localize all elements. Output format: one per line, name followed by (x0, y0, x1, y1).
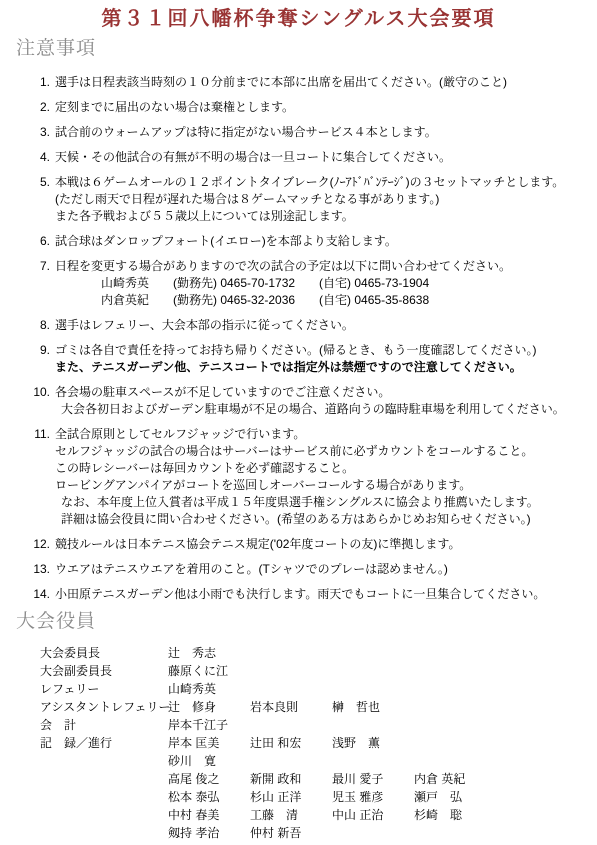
note-number: 11. (30, 426, 50, 528)
note-item: 4.天候・その他試合の有無が不明の場合は一旦コートに集合してください。 (30, 149, 597, 166)
note-body: ウエアはテニスウエアを着用のこと。(Tシャツでのプレーは認めません。) (55, 561, 597, 578)
official-role: レフェリー (40, 681, 168, 698)
note-number: 2. (30, 99, 50, 116)
note-item: 10.各会場の駐車スペースが不足していますのでご注意ください。大会各初日およびガ… (30, 384, 597, 418)
note-number: 7. (30, 258, 50, 309)
official-name: 岩本良則 (250, 699, 332, 716)
official-name: 仲村 新吾 (250, 825, 332, 842)
note-body: 競技ルールは日本テニス協会テニス規定('02年度コートの友)に準拠します。 (55, 536, 597, 553)
official-row: レフェリー山崎秀英 (40, 681, 597, 698)
note-item: 3.試合前のウォームアップは特に指定がない場合サービス４本とします。 (30, 124, 597, 141)
official-name: 岸本千江子 (168, 717, 250, 734)
note-line: 試合球はダンロップフォート(イエロー)を本部より支給します。 (55, 233, 597, 250)
official-name: 新開 政和 (250, 771, 332, 788)
note-item: 13.ウエアはテニスウエアを着用のこと。(Tシャツでのプレーは認めません。) (30, 561, 597, 578)
official-role (40, 771, 168, 788)
notes-section-heading: 注意事項 (16, 38, 597, 60)
note-item: 6.試合球はダンロップフォート(イエロー)を本部より支給します。 (30, 233, 597, 250)
official-name: 工藤 清 (250, 807, 332, 824)
official-row: 砂川 寛 (40, 753, 597, 770)
official-role: 会 計 (40, 717, 168, 734)
note-line: 全試合原則としてセルフジャッジで行います。 (55, 426, 597, 443)
official-name: 岸本 匡美 (168, 735, 250, 752)
note-line: なお、本年度上位入賞者は平成１５年度県選手権シングルスに協会より推薦いたします。 (61, 494, 597, 511)
note-body: 試合球はダンロップフォート(イエロー)を本部より支給します。 (55, 233, 597, 250)
note-item: 9.ゴミは各自で責任を持ってお持ち帰りください。(帰るとき、もう一度確認してくだ… (30, 342, 597, 376)
official-row: 会 計岸本千江子 (40, 717, 597, 734)
official-row: 大会委員長辻 秀志 (40, 645, 597, 662)
note-body: 小田原テニスガーデン他は小雨でも決行します。雨天でもコートに一旦集合してください… (55, 586, 597, 603)
official-role: 大会副委員長 (40, 663, 168, 680)
note-line: 本戦は６ゲームオールの１２ポイントタイブレーク(ﾉｰｱﾄﾞﾊﾞﾝﾃｰｼﾞ)の３セ… (55, 174, 597, 191)
official-role (40, 753, 168, 770)
note-number: 8. (30, 317, 50, 334)
note-number: 3. (30, 124, 50, 141)
note-number: 9. (30, 342, 50, 376)
official-name: 山崎秀英 (168, 681, 250, 698)
official-name: 児玉 雅彦 (332, 789, 414, 806)
official-name: 砂川 寛 (168, 753, 250, 770)
note-number: 10. (30, 384, 50, 418)
note-line: ゴミは各自で責任を持ってお持ち帰りください。(帰るとき、もう一度確認してください… (55, 342, 597, 359)
note-number: 6. (30, 233, 50, 250)
note-line: 山崎秀英 (勤務先) 0465-70-1732 (自宅) 0465-73-190… (101, 275, 597, 292)
note-line: 小田原テニスガーデン他は小雨でも決行します。雨天でもコートに一旦集合してください… (55, 586, 597, 603)
note-line: 選手はレフェリー、大会本部の指示に従ってください。 (55, 317, 597, 334)
note-line: 競技ルールは日本テニス協会テニス規定('02年度コートの友)に準拠します。 (55, 536, 597, 553)
official-name: 浅野 薫 (332, 735, 414, 752)
note-line: また各予戦および５５歳以上については別途記します。 (55, 208, 597, 225)
official-row: 松本 泰弘杉山 正洋児玉 雅彦瀬戸 弘 (40, 789, 597, 806)
note-body: 本戦は６ゲームオールの１２ポイントタイブレーク(ﾉｰｱﾄﾞﾊﾞﾝﾃｰｼﾞ)の３セ… (55, 174, 597, 225)
note-line: 大会各初日およびガーデン駐車場が不足の場合、道路向うの臨時駐車場を利用してくださ… (61, 401, 597, 418)
official-name: 中村 春美 (168, 807, 250, 824)
official-row: 大会副委員長藤原くに江 (40, 663, 597, 680)
note-line: 詳細は協会役員に問い合わせください。(希望のある方はあらかじめお知らせください。… (61, 511, 597, 528)
note-number: 12. (30, 536, 50, 553)
official-name: 藤原くに江 (168, 663, 250, 680)
official-name: 松本 泰弘 (168, 789, 250, 806)
official-row: 記 録／進行岸本 匡美辻田 和宏浅野 薫 (40, 735, 597, 752)
note-item: 11.全試合原則としてセルフジャッジで行います。セルフジャッジの試合の場合はサー… (30, 426, 597, 528)
note-body: ゴミは各自で責任を持ってお持ち帰りください。(帰るとき、もう一度確認してください… (55, 342, 597, 376)
note-body: 全試合原則としてセルフジャッジで行います。セルフジャッジの試合の場合はサーバーは… (55, 426, 597, 528)
note-item: 2.定刻までに届出のない場合は棄権とします。 (30, 99, 597, 116)
official-name: 最川 愛子 (332, 771, 414, 788)
note-body: 選手は日程表該当時刻の１０分前までに本部に出席を届出てください。(厳守のこと) (55, 74, 597, 91)
official-role: アシスタントレフェリー (40, 699, 168, 716)
page-title: 第３１回八幡杯争奪シングルス大会要項 (0, 6, 597, 32)
note-number: 5. (30, 174, 50, 225)
note-body: 天候・その他試合の有無が不明の場合は一旦コートに集合してください。 (55, 149, 597, 166)
official-name: 瀬戸 弘 (414, 789, 496, 806)
note-line: この時レシーバーは毎回カウントを必ず確認すること。 (55, 460, 597, 477)
note-number: 14. (30, 586, 50, 603)
note-line: 試合前のウォームアップは特に指定がない場合サービス４本とします。 (55, 124, 597, 141)
notes-list: 1.選手は日程表該当時刻の１０分前までに本部に出席を届出てください。(厳守のこと… (30, 74, 597, 603)
official-name: 辻 修身 (168, 699, 250, 716)
note-item: 12.競技ルールは日本テニス協会テニス規定('02年度コートの友)に準拠します。 (30, 536, 597, 553)
note-body: 試合前のウォームアップは特に指定がない場合サービス４本とします。 (55, 124, 597, 141)
official-role (40, 807, 168, 824)
note-item: 14.小田原テニスガーデン他は小雨でも決行します。雨天でもコートに一旦集合してく… (30, 586, 597, 603)
note-line: ウエアはテニスウエアを着用のこと。(Tシャツでのプレーは認めません。) (55, 561, 597, 578)
official-row: アシスタントレフェリー辻 修身岩本良則榊 哲也 (40, 699, 597, 716)
official-role: 大会委員長 (40, 645, 168, 662)
official-role (40, 789, 168, 806)
note-line: 日程を変更する場合がありますので次の試合の予定は以下に問い合わせてください。 (55, 258, 597, 275)
document-page: 第３１回八幡杯争奪シングルス大会要項 注意事項 1.選手は日程表該当時刻の１０分… (0, 0, 597, 845)
official-row: 剱持 孝治仲村 新吾 (40, 825, 597, 842)
officials-table: 大会委員長辻 秀志大会副委員長藤原くに江レフェリー山崎秀英アシスタントレフェリー… (40, 645, 597, 842)
official-row: 高尾 俊之新開 政和最川 愛子内倉 英紀 (40, 771, 597, 788)
official-name: 内倉 英紀 (414, 771, 496, 788)
official-role (40, 825, 168, 842)
official-name: 中山 正治 (332, 807, 414, 824)
note-number: 4. (30, 149, 50, 166)
official-name: 辻田 和宏 (250, 735, 332, 752)
note-line: 天候・その他試合の有無が不明の場合は一旦コートに集合してください。 (55, 149, 597, 166)
note-item: 1.選手は日程表該当時刻の１０分前までに本部に出席を届出てください。(厳守のこと… (30, 74, 597, 91)
official-name: 杉崎 聡 (414, 807, 496, 824)
note-number: 13. (30, 561, 50, 578)
note-line: ロービングアンパイアがコートを巡回しオーバーコールする場合があります。 (55, 477, 597, 494)
official-role: 記 録／進行 (40, 735, 168, 752)
note-line: 各会場の駐車スペースが不足していますのでご注意ください。 (55, 384, 597, 401)
official-name: 剱持 孝治 (168, 825, 250, 842)
note-line: 選手は日程表該当時刻の１０分前までに本部に出席を届出てください。(厳守のこと) (55, 74, 597, 91)
official-name: 高尾 俊之 (168, 771, 250, 788)
official-name: 榊 哲也 (332, 699, 414, 716)
note-line: 定刻までに届出のない場合は棄権とします。 (55, 99, 597, 116)
note-number: 1. (30, 74, 50, 91)
official-row: 中村 春美工藤 清中山 正治杉崎 聡 (40, 807, 597, 824)
note-item: 7.日程を変更する場合がありますので次の試合の予定は以下に問い合わせてください。… (30, 258, 597, 309)
note-line: セルフジャッジの試合の場合はサーバーはサービス前に必ずカウントをコールすること。 (55, 443, 597, 460)
note-line: また、テニスガーデン他、テニスコートでは指定外は禁煙ですので注意してください。 (55, 359, 597, 376)
official-name: 杉山 正洋 (250, 789, 332, 806)
officials-section-heading: 大会役員 (16, 611, 597, 633)
note-body: 各会場の駐車スペースが不足していますのでご注意ください。大会各初日およびガーデン… (55, 384, 597, 418)
note-body: 選手はレフェリー、大会本部の指示に従ってください。 (55, 317, 597, 334)
note-body: 定刻までに届出のない場合は棄権とします。 (55, 99, 597, 116)
note-body: 日程を変更する場合がありますので次の試合の予定は以下に問い合わせてください。山崎… (55, 258, 597, 309)
note-item: 8.選手はレフェリー、大会本部の指示に従ってください。 (30, 317, 597, 334)
note-item: 5.本戦は６ゲームオールの１２ポイントタイブレーク(ﾉｰｱﾄﾞﾊﾞﾝﾃｰｼﾞ)の… (30, 174, 597, 225)
note-line: (ただし雨天で日程が遅れた場合は８ゲームマッチとなる事があります。) (55, 191, 597, 208)
note-line: 内倉英紀 (勤務先) 0465-32-2036 (自宅) 0465-35-863… (101, 292, 597, 309)
official-name: 辻 秀志 (168, 645, 250, 662)
